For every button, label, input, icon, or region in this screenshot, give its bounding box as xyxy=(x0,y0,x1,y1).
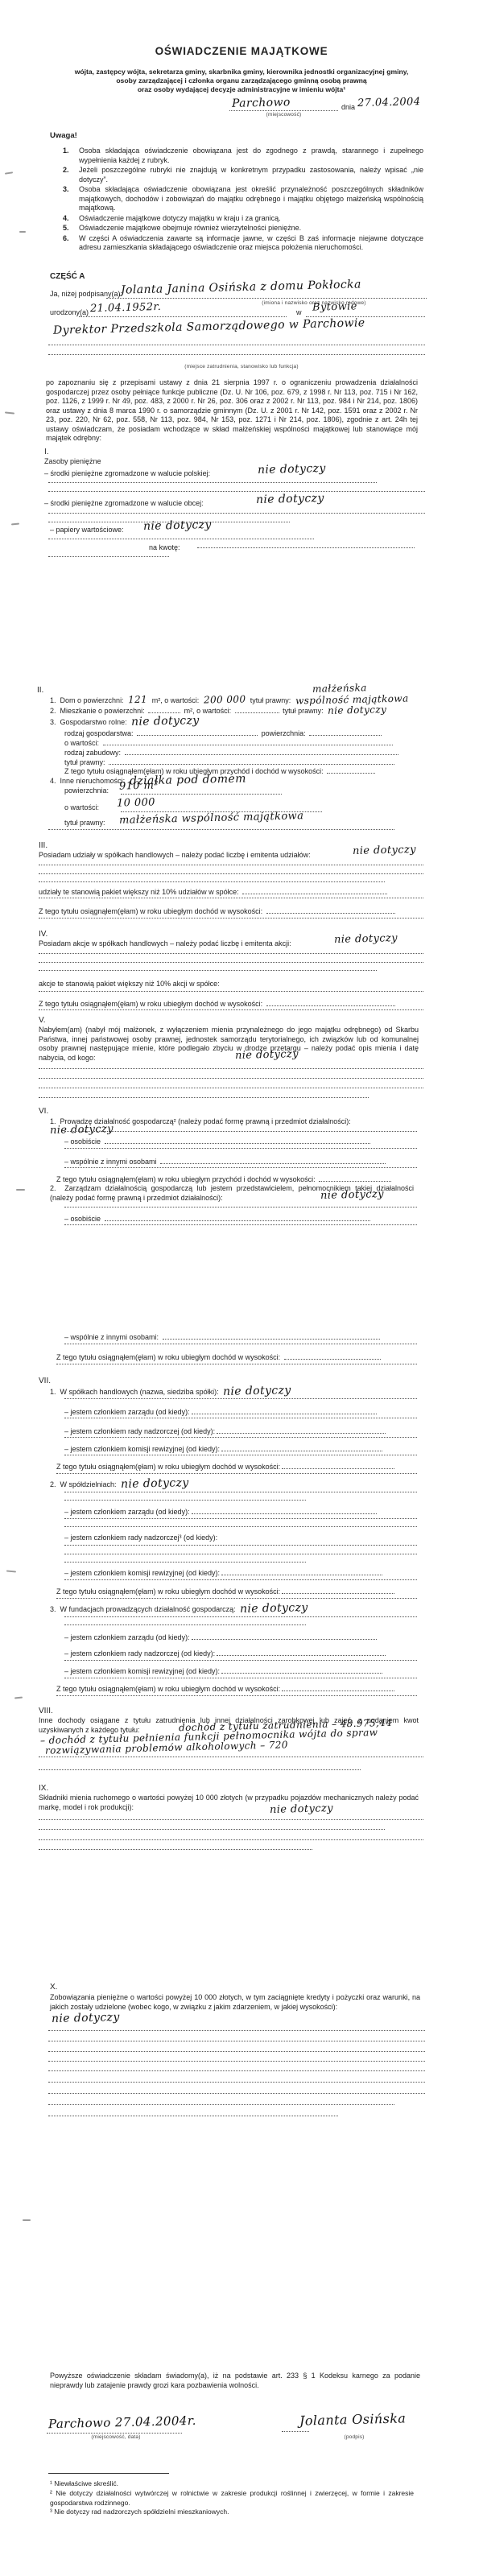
footnote-3: ³ Nie dotyczy rad nadzorczych spółdzieln… xyxy=(50,2508,229,2517)
uwaga-item-2: 2. Jeżeli poszczególne rubryki nie znajd… xyxy=(63,166,423,184)
foundations-label: W fundacjach prowadzących działalność go… xyxy=(60,1605,236,1613)
dotted-line xyxy=(56,1363,417,1364)
dotted-line xyxy=(39,897,423,898)
dotted-line xyxy=(64,1206,417,1207)
signature-caption: (podpis) xyxy=(306,2434,402,2440)
dotted-line xyxy=(48,2115,338,2116)
house-title-value2-handwritten: małżeńska xyxy=(312,682,367,695)
farm-value-label: o wartości: xyxy=(64,739,99,747)
place-caption: (miejscowość) xyxy=(229,112,338,118)
uwaga-item-number: 1. xyxy=(63,147,79,165)
uwaga-item-number: 3. xyxy=(63,185,79,213)
item-number: 4. xyxy=(50,777,56,785)
other-property-area-handwritten: 910 m² xyxy=(119,779,159,792)
dotted-line xyxy=(64,1624,306,1625)
dotted-line xyxy=(39,961,423,963)
dotted-line xyxy=(39,1067,423,1069)
supervisory-board-label: – jestem członkiem rady nadzorczej³ (od … xyxy=(64,1534,217,1542)
supervisory-board-label: – jestem członkiem rady nadzorczej (od k… xyxy=(64,1649,215,1657)
supervisory-board-row: – jestem członkiem rady nadzorczej (od k… xyxy=(64,1649,387,1659)
dotted-line xyxy=(64,1517,417,1519)
money-foreign-value-handwritten: nie dotyczy xyxy=(256,492,324,506)
money-pln-label: – środki pieniężne zgromadzone w walucie… xyxy=(44,469,210,479)
acquired-property-label: Nabyłem(am) (nabył mój małżonek, z wyłąc… xyxy=(39,1026,419,1063)
footnote-1: ¹ Niewłaściwe skreślić. xyxy=(50,2479,118,2489)
dotted-line xyxy=(64,1561,306,1563)
item-number: 1. xyxy=(50,696,56,704)
dotted-line xyxy=(64,1616,417,1617)
dotted-line xyxy=(48,2103,394,2105)
jointly-label: – wspólnie z innymi osobami xyxy=(64,1158,157,1166)
dotted-line xyxy=(121,811,322,812)
footnote-rule xyxy=(48,2473,169,2474)
house-value-handwritten: 200 000 xyxy=(201,695,249,705)
dotted-line xyxy=(39,969,377,971)
uwaga-item-number: 6. xyxy=(63,234,79,253)
cooperatives-income-row: Z tego tytułu osiągnąłem(ęłam) w roku ub… xyxy=(56,1587,396,1597)
employment-handwritten: Dyrektor Przedszkola Samorządowego w Par… xyxy=(53,316,365,336)
manage-joint-row: – wspólnie z innymi osobami: xyxy=(64,1332,382,1343)
dotted-line xyxy=(39,990,423,992)
other-property-worth-handwritten: 10 000 xyxy=(117,796,155,809)
dotted-line xyxy=(48,2081,425,2083)
dotted-line xyxy=(39,873,423,874)
document-title: OŚWIADCZENIE MAJĄTKOWE xyxy=(0,47,483,56)
companies-income-row: Z tego tytułu osiągnąłem(ęłam) w roku ub… xyxy=(56,1462,396,1472)
item-number: 2. xyxy=(50,1184,56,1192)
dotted-line xyxy=(64,1677,417,1678)
apartment-title-label: tytuł prawny: xyxy=(283,707,324,715)
board-member-label: – jestem członkiem zarządu (od kiedy): xyxy=(64,1633,190,1641)
business-joint-row: – wspólnie z innymi osobami xyxy=(64,1157,387,1167)
other-property-title-handwritten: małżeńska wspólność majątkowa xyxy=(119,810,304,827)
dotted-line xyxy=(64,1417,417,1418)
dotted-line xyxy=(64,1553,417,1554)
stocks-value-handwritten: nie dotyczy xyxy=(334,932,398,946)
dotted-line xyxy=(48,512,425,514)
dotted-line xyxy=(39,864,423,865)
scan-artifact xyxy=(23,2219,31,2221)
farm-kind-row: rodzaj gospodarstwa: powierzchnia: xyxy=(64,729,383,739)
personally-label: – osobiście xyxy=(64,1215,101,1223)
dotted-line xyxy=(229,109,338,111)
employment-caption: (miejsce zatrudnienia, stanowisko lub fu… xyxy=(121,364,362,369)
born-date-handwritten: 21.04.1952r. xyxy=(90,301,161,315)
other-property-title-label: tytuł prawny: xyxy=(64,819,105,828)
item-number: 3. xyxy=(50,1605,56,1613)
dotted-line xyxy=(64,1525,417,1527)
dotted-line xyxy=(48,555,169,557)
dotted-line xyxy=(48,538,314,539)
dotted-line xyxy=(48,2029,425,2031)
dotted-line xyxy=(64,1499,306,1501)
uwaga-item-text: Oświadczenie majątkowe obejmuje również … xyxy=(79,224,423,233)
dotted-line xyxy=(64,1147,417,1149)
declarant-handwritten: Jolanta Janina Osińska z domu Pokłocka xyxy=(121,278,361,296)
shares-label: Posiadam udziały w spółkach handlowych –… xyxy=(39,851,349,861)
dotted-line xyxy=(64,1130,417,1132)
farm-value-handwritten: nie dotyczy xyxy=(129,716,202,727)
income-label: Z tego tytułu osiągnąłem(ęłam) w roku ub… xyxy=(56,1587,280,1596)
cooperatives-label: W spółdzielniach: xyxy=(60,1480,117,1488)
dotted-line xyxy=(64,1224,417,1225)
dotted-line xyxy=(48,490,425,492)
farm-area-label: powierzchnia: xyxy=(262,729,306,737)
place-handwritten: Parchowo xyxy=(232,96,291,110)
dotted-line xyxy=(48,353,425,355)
farm-title-label: tytuł prawny: xyxy=(64,758,105,766)
shares-10pct-row: udziały te stanowią pakiet większy niż 1… xyxy=(39,887,389,898)
farm-kind-label: rodzaj gospodarstwa: xyxy=(64,729,134,737)
uwaga-item-text: Osoba składająca oświadczenie obowiązana… xyxy=(79,185,423,213)
section-viii-number: VIII. xyxy=(39,1707,53,1715)
dotted-line xyxy=(39,1848,312,1850)
dotted-line xyxy=(39,952,423,954)
other-property-value-label: o wartości: xyxy=(64,803,99,813)
other-property-label: Inne nieruchomości: xyxy=(60,777,126,785)
section-vi-number: VI. xyxy=(39,1107,48,1116)
subtitle-line-1: wójta, zastępcy wójta, sekretarza gminy,… xyxy=(28,68,455,77)
dotted-line xyxy=(47,2432,182,2434)
foundations-income-row: Z tego tytułu osiągnąłem(ęłam) w roku ub… xyxy=(56,1684,396,1695)
liabilities-label: Zobowiązania pieniężne o wartości powyże… xyxy=(50,1993,420,2012)
acquired-property-value-handwritten: nie dotyczy xyxy=(235,1048,299,1062)
item-number: 2. xyxy=(50,1480,56,1488)
companies-label: W spółkach handlowych (nazwa, siedziba s… xyxy=(60,1388,219,1396)
dotted-line xyxy=(64,1436,417,1438)
uwaga-item-text: Osoba składająca oświadczenie obowiązana… xyxy=(79,147,423,165)
dotted-line xyxy=(56,1695,417,1696)
stocks-income-row: Z tego tytułu osiągnąłem(ęłam) w roku ub… xyxy=(39,999,397,1009)
section-iii-number: III. xyxy=(39,841,47,850)
money-pln-value-handwritten: nie dotyczy xyxy=(258,462,326,477)
board-member-label: – jestem członkiem zarządu (od kiedy): xyxy=(64,1508,190,1516)
shares-10pct-label: udziały te stanowią pakiet większy niż 1… xyxy=(39,888,239,896)
uwaga-item-3: 3. Osoba składająca oświadczenie obowiąz… xyxy=(63,185,423,213)
scan-artifact xyxy=(5,411,14,414)
scan-artifact xyxy=(11,522,19,525)
dotted-line xyxy=(64,1397,417,1399)
supervisory-board-row: – jestem członkiem rady nadzorczej³ (od … xyxy=(64,1534,217,1543)
born-in-label: w xyxy=(296,308,302,318)
manage-personal-row: – osobiście xyxy=(64,1214,372,1224)
dotted-line xyxy=(64,1579,417,1580)
dotted-line xyxy=(48,481,377,483)
date-label: dnia xyxy=(341,103,355,113)
dotted-line xyxy=(39,1009,423,1010)
audit-committee-label: – jestem członkiem komisji rewizyjnej (o… xyxy=(64,1667,220,1675)
dotted-line xyxy=(79,316,287,317)
scan-artifact xyxy=(6,1570,16,1572)
personally-label: – osobiście xyxy=(64,1137,101,1146)
dotted-line xyxy=(39,917,423,919)
business-personal-row: – osobiście xyxy=(64,1137,372,1147)
house-area-value-handwritten: 121 xyxy=(126,696,150,705)
item-number: 2. xyxy=(50,707,56,715)
dotted-line xyxy=(121,793,282,795)
uwaga-item-number: 5. xyxy=(63,224,79,233)
section-ii-number: II. xyxy=(37,686,43,695)
manage-income-row: Z tego tytułu osiągnąłem(ęłam) w roku ub… xyxy=(56,1352,382,1363)
other-property-area-label: powierzchnia: xyxy=(64,786,109,796)
board-member-row: – jestem członkiem zarządu (od kiedy): xyxy=(64,1507,378,1517)
signature-handwritten: Jolanta Osińska xyxy=(299,2410,407,2428)
dotted-line xyxy=(48,2060,425,2062)
cooperatives-value-handwritten: nie dotyczy xyxy=(118,1479,192,1489)
dotted-line xyxy=(48,828,394,830)
dotted-line xyxy=(39,1087,423,1088)
closing-statement: Powyższe oświadczenie składam świadomy(a… xyxy=(50,2372,420,2390)
board-member-row: – jestem członkiem zarządu (od kiedy): xyxy=(64,1633,378,1643)
dotted-line xyxy=(48,2050,425,2052)
dotted-line xyxy=(39,881,385,882)
section-iv-number: IV. xyxy=(39,930,47,939)
manage-business-value-handwritten: nie dotyczy xyxy=(320,1188,384,1202)
uwaga-list: 1. Osoba składająca oświadczenie obowiąz… xyxy=(63,147,423,254)
income-label: Z tego tytułu osiągnąłem(ęłam) w roku ub… xyxy=(56,1353,280,1361)
jointly-label: – wspólnie z innymi osobami: xyxy=(64,1333,159,1341)
dotted-line xyxy=(48,2040,425,2041)
section-ix-number: IX. xyxy=(39,1784,48,1793)
section-i-heading: Zasoby pieniężne xyxy=(44,457,101,467)
dotted-line xyxy=(39,1818,423,1820)
farm-label: Gospodarstwo rolne: xyxy=(60,718,127,726)
audit-committee-row: – jestem członkiem komisji rewizyjnej (o… xyxy=(64,1666,384,1677)
stocks-label: Posiadam akcje w spółkach handlowych – n… xyxy=(39,939,328,949)
money-foreign-label: – środki pieniężne zgromadzone w walucie… xyxy=(44,499,204,509)
dotted-line xyxy=(64,1544,417,1546)
dotted-line xyxy=(39,1769,361,1770)
apartment-title-value-handwritten: nie dotyczy xyxy=(325,705,389,716)
foundations-value-handwritten: nie dotyczy xyxy=(237,1604,311,1614)
farm-building-row: rodzaj zabudowy: xyxy=(64,748,400,758)
na-kwote-label: na kwotę: xyxy=(149,543,180,553)
uwaga-item-6: 6. W części A oświadczenia zawarte są in… xyxy=(63,234,423,253)
shares-value-handwritten: nie dotyczy xyxy=(353,844,416,857)
income-label: Z tego tytułu osiągnąłem(ęłam) w roku ub… xyxy=(39,907,262,915)
closing-place-date-caption: (miejscowość, data) xyxy=(48,2434,184,2440)
dotted-line xyxy=(197,547,415,548)
dotted-line xyxy=(39,1839,423,1840)
cooperatives-row: 2. W spółdzielniach: nie dotyczy xyxy=(50,1480,192,1490)
companies-row: 1. W spółkach handlowych (nazwa, siedzib… xyxy=(50,1387,294,1397)
audit-committee-row: – jestem członkiem komisji rewizyjnej (o… xyxy=(64,1444,384,1455)
scan-artifact xyxy=(19,231,26,233)
footnote-2: ² Nie dotyczy działalności wytwórczej w … xyxy=(50,2489,414,2508)
section-vii-number: VII. xyxy=(39,1377,51,1385)
supervisory-board-label: – jestem członkiem rady nadzorczej (od k… xyxy=(64,1427,215,1435)
dotted-line xyxy=(48,344,425,345)
movable-property-label: Składniki mienia ruchomego o wartości po… xyxy=(39,1794,419,1812)
dotted-line xyxy=(64,1343,417,1344)
date-handwritten: 27.04.2004 xyxy=(357,96,421,109)
subtitle-line-3: oraz osoby wydającej decyzje administrac… xyxy=(28,85,455,95)
dotted-line xyxy=(39,1096,369,1098)
foundations-row: 3. W fundacjach prowadzących działalność… xyxy=(50,1604,311,1615)
section-v-number: V. xyxy=(39,1016,46,1025)
dotted-line xyxy=(39,1828,385,1830)
item-number: 3. xyxy=(50,718,56,726)
supervisory-board-row: – jestem członkiem rady nadzorczej (od k… xyxy=(64,1426,387,1437)
income-label: Z tego tytułu osiągnąłem(ęłam) w roku ub… xyxy=(56,1463,280,1471)
dotted-line xyxy=(56,1597,417,1599)
uwaga-item-number: 2. xyxy=(63,166,79,184)
shares-income-row: Z tego tytułu osiągnąłem(ęłam) w roku ub… xyxy=(39,906,397,917)
dotted-line xyxy=(64,1659,417,1661)
dotted-line xyxy=(39,1756,423,1757)
uwaga-item-text: Jeżeli poszczególne rubryki nie znajdują… xyxy=(79,166,423,184)
income-label: Z tego tytułu osiągnąłem(ęłam) w roku ub… xyxy=(56,1685,280,1693)
house-value-label: m², o wartości: xyxy=(152,696,200,704)
uwaga-item-1: 1. Osoba składająca oświadczenie obowiąz… xyxy=(63,147,423,165)
companies-value-handwritten: nie dotyczy xyxy=(221,1386,294,1397)
closing-place-date-handwritten: Parchowo 27.04.2004r. xyxy=(48,2413,196,2431)
dotted-line xyxy=(48,2092,425,2094)
income-label: Z tego tytułu osiągnąłem(ęłam) w roku ub… xyxy=(56,1175,316,1183)
liabilities-value-handwritten: nie dotyczy xyxy=(52,2011,120,2025)
farm-building-label: rodzaj zabudowy: xyxy=(64,749,121,757)
item-number: 1. xyxy=(50,1388,56,1396)
legal-paragraph: po zapoznaniu się z przepisami ustawy z … xyxy=(46,378,418,444)
uwaga-item-4: 4. Oświadczenie majątkowe dotyczy majątk… xyxy=(63,214,423,224)
subtitle-line-2: osoby zarządzającej i członka organu zar… xyxy=(28,76,455,86)
dotted-line xyxy=(306,316,425,317)
scan-artifact xyxy=(16,1189,25,1191)
scan-artifact xyxy=(14,1697,23,1699)
house-title-label: tytuł prawny: xyxy=(250,696,291,704)
uwaga-item-number: 4. xyxy=(63,214,79,224)
section-i-number: I. xyxy=(44,448,49,456)
stocks-10pct-label: akcje te stanowią pakiet większy niż 10%… xyxy=(39,980,220,988)
audit-committee-label: – jestem członkiem komisji rewizyjnej (o… xyxy=(64,1445,220,1453)
born-place-handwritten: Bytowie xyxy=(312,300,357,313)
income-label: Z tego tytułu osiągnąłem(ęłam) w roku ub… xyxy=(39,1000,262,1008)
dotted-line xyxy=(64,1491,417,1492)
stocks-10pct-row: akcje te stanowią pakiet większy niż 10%… xyxy=(39,980,220,989)
movable-property-value-handwritten: nie dotyczy xyxy=(270,1802,333,1816)
securities-label: – papiery wartościowe: xyxy=(50,526,124,535)
dotted-line xyxy=(64,1454,417,1455)
dotted-line xyxy=(56,1472,417,1474)
dotted-line xyxy=(282,2430,309,2432)
house-area-label: Dom o powierzchni: xyxy=(60,696,124,704)
dotted-line xyxy=(64,1166,417,1168)
farm-row: 3. Gospodarstwo rolne: nie dotyczy xyxy=(50,717,202,728)
uwaga-item-text: W części A oświadczenia zawarte są infor… xyxy=(79,234,423,253)
apartment-area-label: Mieszkanie o powierzchni: xyxy=(60,707,145,715)
dotted-line xyxy=(106,297,427,299)
dotted-line xyxy=(39,1077,423,1079)
scan-artifact xyxy=(5,171,13,174)
section-x-number: X. xyxy=(50,1983,57,1992)
uwaga-heading: Uwaga! xyxy=(50,131,77,141)
board-member-label: – jestem członkiem zarządu (od kiedy): xyxy=(64,1408,190,1416)
uwaga-item-5: 5. Oświadczenie majątkowe obejmuje równi… xyxy=(63,224,423,233)
farm-value-row: o wartości: xyxy=(64,738,394,749)
scanned-asset-declaration-document: OŚWIADCZENIE MAJĄTKOWE wójta, zastępcy w… xyxy=(0,0,483,2576)
part-a-heading: CZĘŚĆ A xyxy=(50,272,85,282)
board-member-row: – jestem członkiem zarządu (od kiedy): xyxy=(64,1407,378,1418)
audit-committee-row: – jestem członkiem komisji rewizyjnej (o… xyxy=(64,1568,384,1579)
apartment-row: 2. Mieszkanie o powierzchni: m², o warto… xyxy=(50,706,389,716)
dotted-line xyxy=(48,521,290,522)
business-income-row: Z tego tytułu osiągnąłem(ęłam) w roku ub… xyxy=(56,1174,393,1185)
uwaga-item-text: Oświadczenie majątkowe dotyczy majątku w… xyxy=(79,214,423,224)
dotted-line xyxy=(48,2070,425,2071)
audit-committee-label: – jestem członkiem komisji rewizyjnej (o… xyxy=(64,1569,220,1577)
